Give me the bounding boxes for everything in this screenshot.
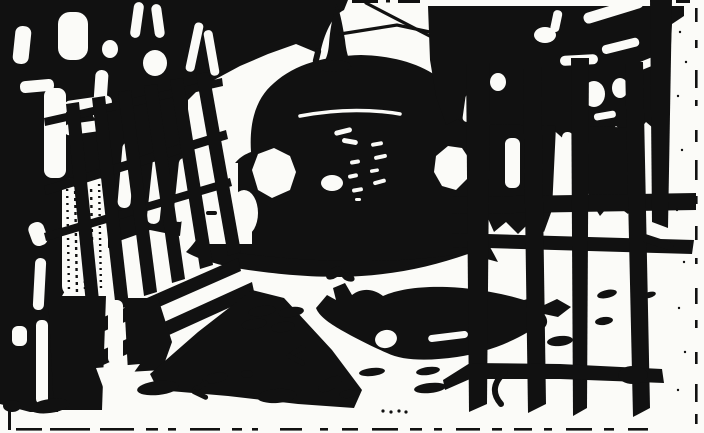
fender-highlight [321, 175, 343, 191]
gate-base-block [48, 296, 106, 410]
rail-joint [618, 366, 648, 384]
illustration: Stark black-and-white print of a snowy c… [0, 0, 704, 433]
fence-post [571, 58, 589, 416]
shrub-lobe [486, 124, 556, 234]
fence-post [466, 58, 490, 412]
snow-sliver [36, 320, 48, 404]
snow-sliver [108, 300, 123, 364]
illustration-page: Stark black-and-white print of a snowy c… [0, 0, 704, 433]
illustration-canvas [0, 0, 704, 433]
gap-mark [206, 211, 217, 215]
